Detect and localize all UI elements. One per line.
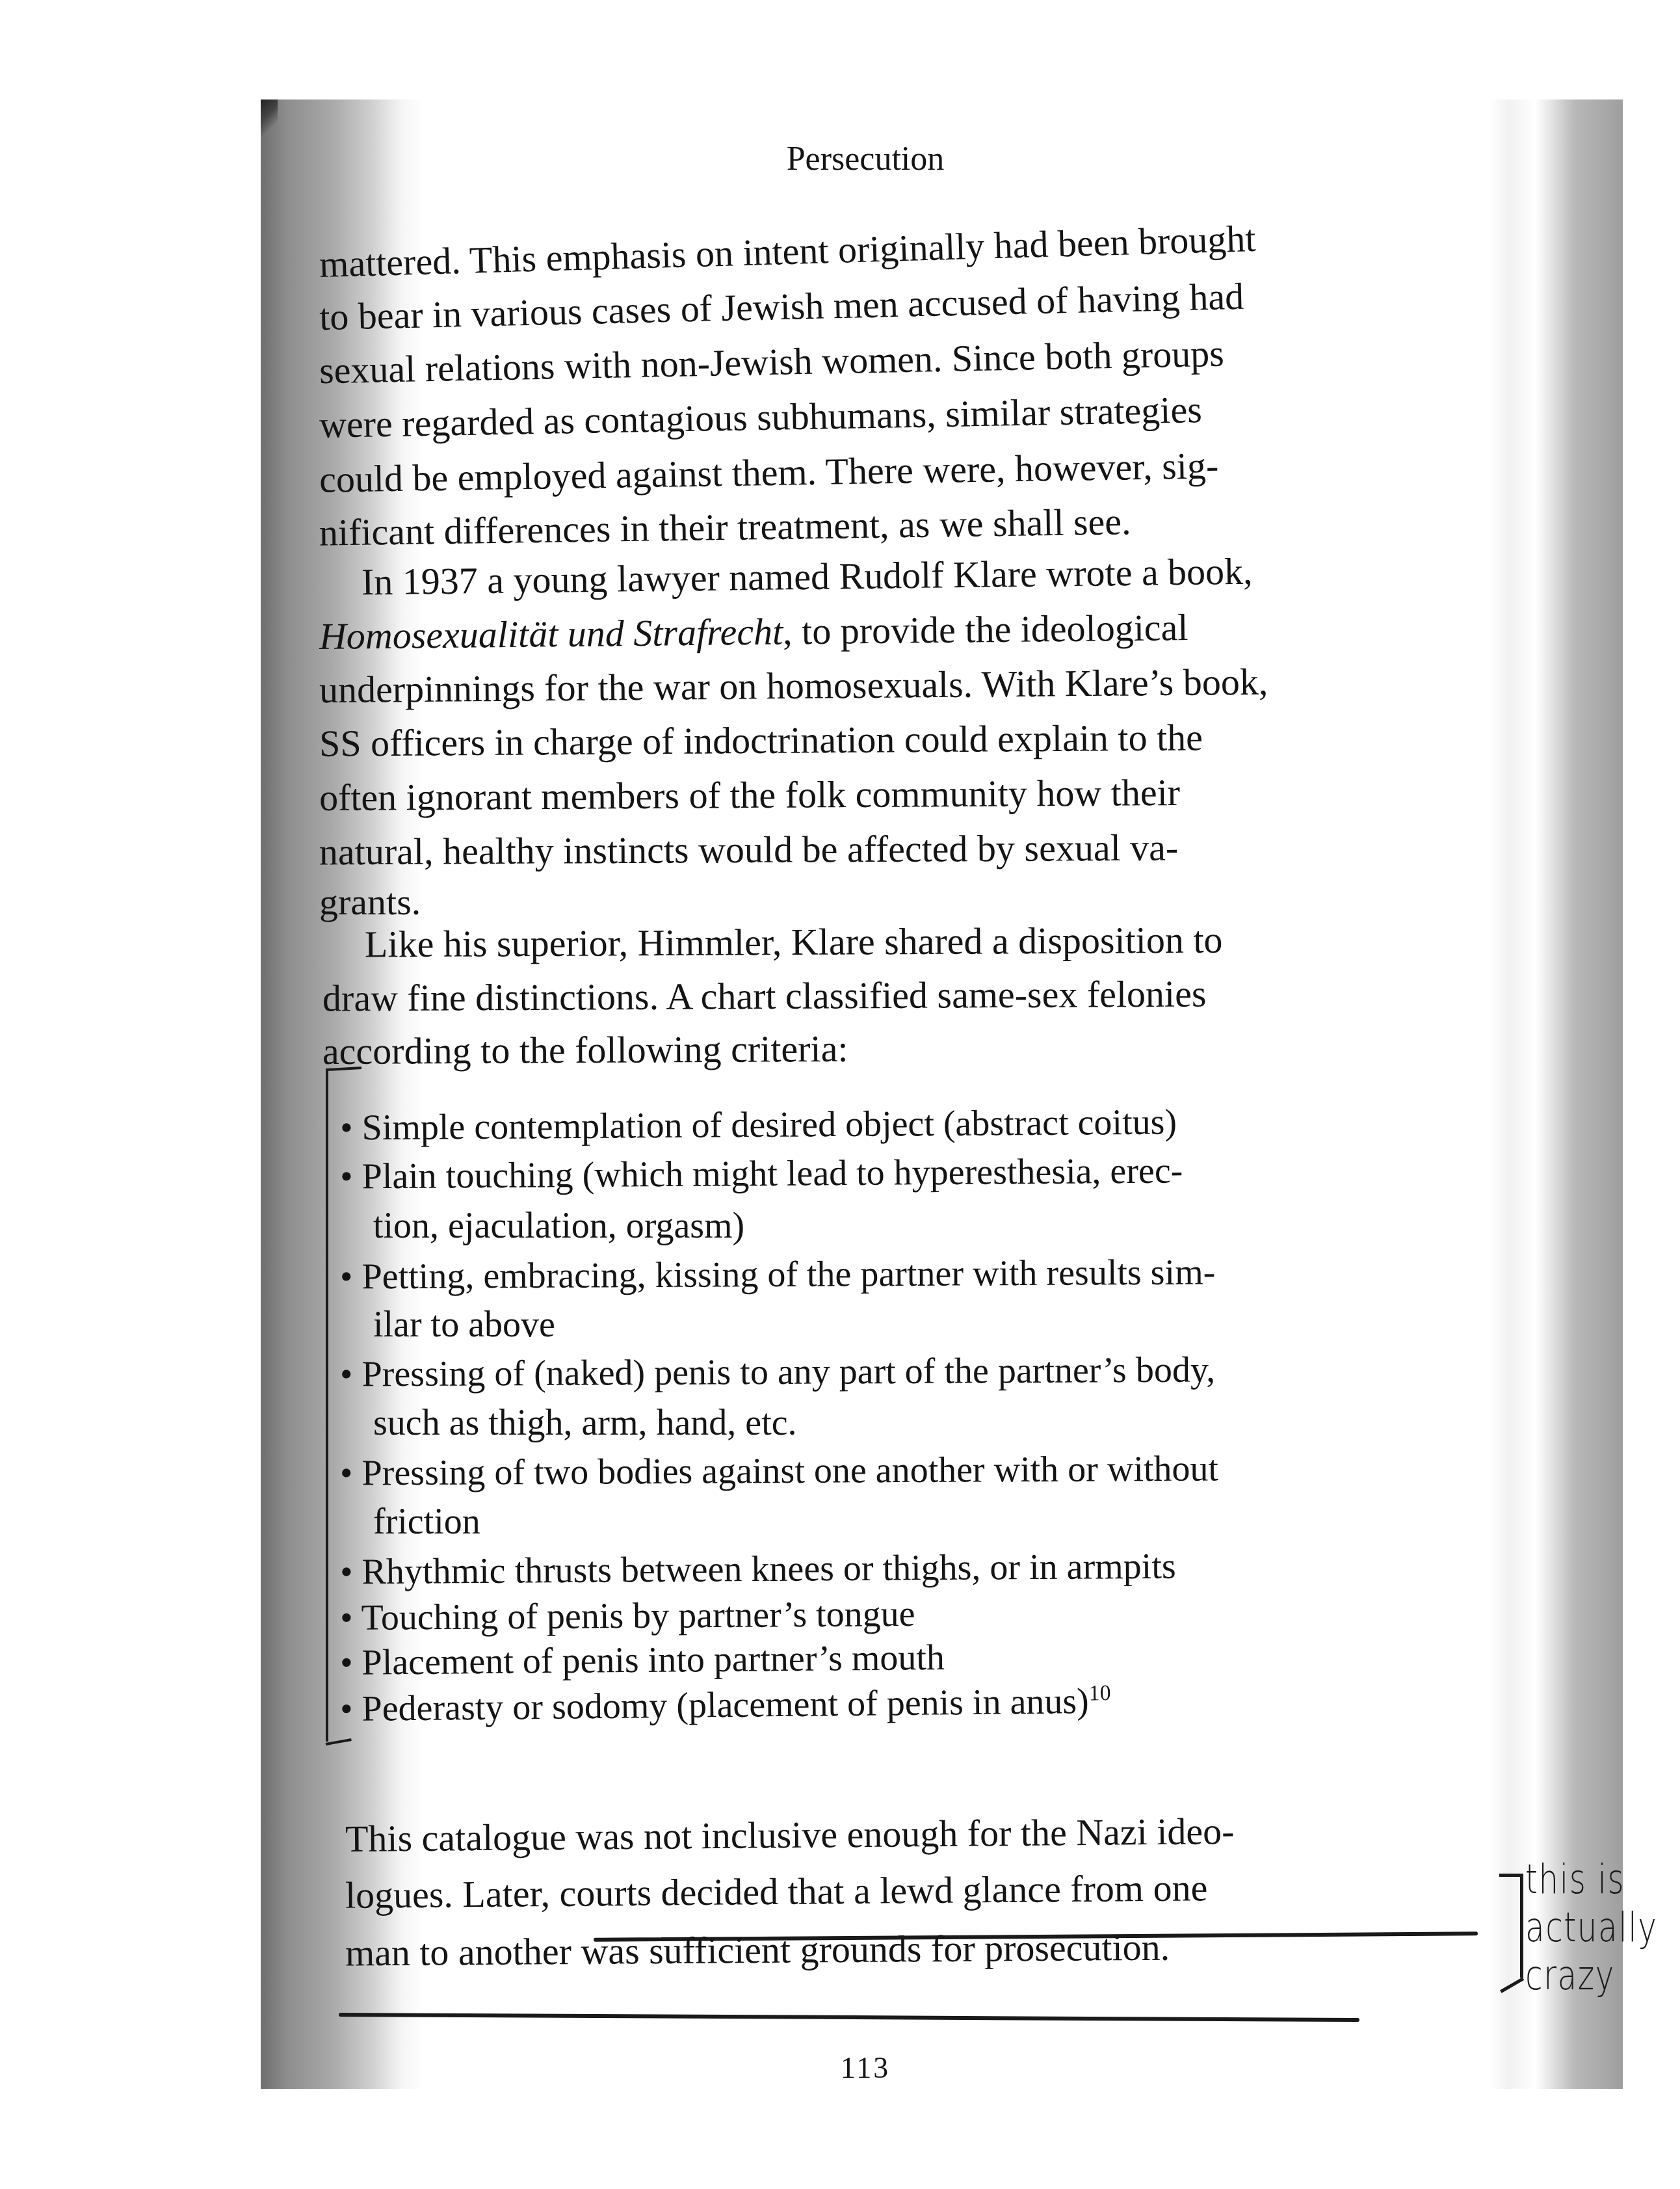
body-line: Homosexualität und Strafrecht, to provid… (319, 605, 1188, 658)
list-item: • Touching of penis by partner’s tongue (340, 1593, 915, 1639)
body-line: according to the following criteria: (322, 1027, 848, 1073)
handwritten-underline (339, 2013, 1359, 2022)
list-item: • Plain touching (which might lead to hy… (340, 1150, 1183, 1197)
body-line: logues. Later, courts decided that a lew… (345, 1866, 1208, 1917)
book-title: Homosexualität und Strafrecht (319, 611, 783, 657)
body-line: often ignorant members of the folk commu… (319, 771, 1180, 819)
list-item: • Petting, embracing, kissing of the par… (340, 1251, 1216, 1297)
body-line: sexual relations with non-Jewish women. … (319, 332, 1224, 393)
list-item: • Pressing of (naked) penis to any part … (340, 1349, 1215, 1395)
list-item: • Rhythmic thrusts between knees or thig… (340, 1546, 1176, 1593)
list-item-continuation: ilar to above (373, 1304, 555, 1346)
list-item: • Pederasty or sodomy (placement of peni… (340, 1680, 1111, 1730)
body-line: This catalogue was not inclusive enough … (345, 1809, 1235, 1861)
list-item: • Simple contemplation of desired object… (340, 1102, 1177, 1149)
bullet-icon: • (340, 1453, 353, 1493)
body-line: natural, healthy instincts would be affe… (319, 826, 1179, 874)
list-item: • Pressing of two bodies against one ano… (340, 1448, 1218, 1494)
body-line: grants. (319, 880, 421, 923)
body-text: , to provide the ideological (783, 606, 1188, 653)
bullet-icon: • (340, 1156, 353, 1197)
underlined-text: courts decided that a lewd glance from o… (559, 1866, 1207, 1915)
body-line: were regarded as contagious subhumans, s… (319, 388, 1203, 447)
body-line: draw fine distinctions. A chart classifi… (322, 972, 1207, 1020)
page-number: 113 (261, 2050, 1470, 2085)
body-line-underlined: man to another was sufficient grounds fo… (345, 1926, 1170, 1975)
body-line: could be employed against them. There we… (319, 444, 1219, 501)
footnote-reference[interactable]: 10 (1088, 1681, 1110, 1705)
list-item-continuation: friction (373, 1501, 480, 1543)
body-line: underpinnings for the war on homosexuals… (319, 660, 1268, 712)
list-item-continuation: such as thigh, arm, hand, etc. (373, 1402, 797, 1444)
page-corner-shadow (261, 99, 278, 139)
bullet-icon: • (340, 1108, 353, 1148)
body-line: SS officers in charge of indoctrination … (319, 715, 1203, 765)
bullet-icon: • (340, 1643, 353, 1683)
bullet-icon: • (340, 1689, 353, 1729)
scanned-book-page: Persecution mattered. This emphasis on i… (261, 99, 1623, 2089)
body-line: Like his superior, Himmler, Klare shared… (365, 918, 1223, 966)
bullet-icon: • (340, 1354, 353, 1394)
body-line: nificant differences in their treatment,… (319, 499, 1131, 554)
handwritten-note: this is actually crazy (1525, 1855, 1647, 2000)
body-line: mattered. This emphasis on intent origin… (319, 217, 1256, 286)
body-line: In 1937 a young lawyer named Rudolf Klar… (361, 550, 1253, 604)
handwritten-margin-bracket (1499, 1874, 1523, 1978)
running-head: Persecution (261, 140, 1470, 178)
bullet-icon: • (340, 1552, 353, 1592)
list-item: • Placement of penis into partner’s mout… (340, 1637, 945, 1684)
bullet-icon: • (340, 1256, 353, 1297)
list-item-continuation: tion, ejaculation, orgasm) (373, 1205, 744, 1247)
body-line: to bear in various cases of Jewish men a… (319, 274, 1244, 339)
bullet-icon: • (340, 1598, 353, 1638)
